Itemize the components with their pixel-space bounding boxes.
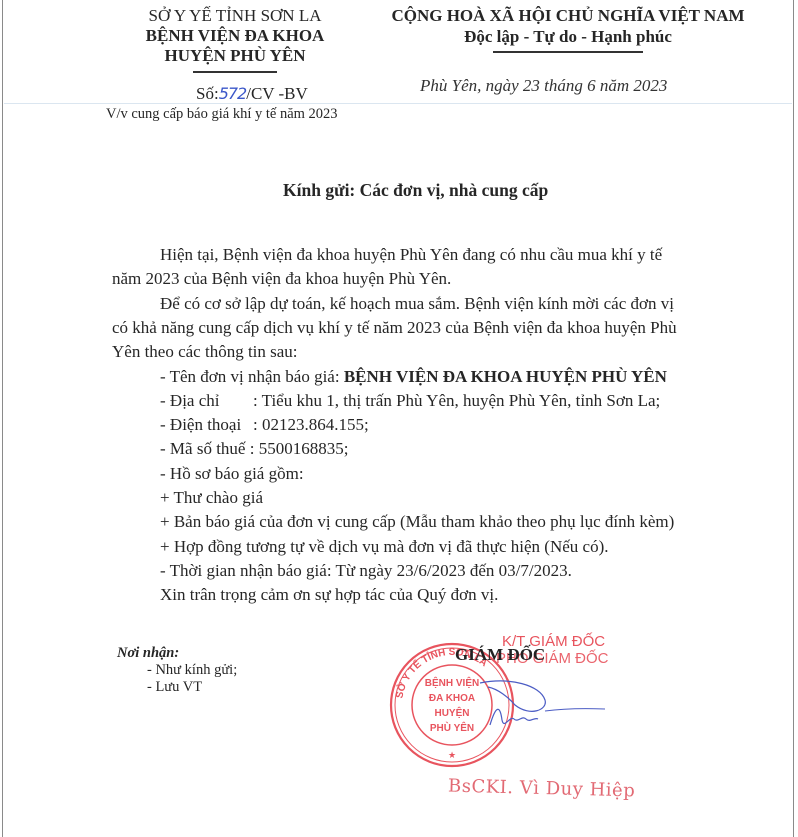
recipient-item: - Như kính gửi; [117,662,237,679]
address-value: : Tiểu khu 1, thị trấn Phù Yên, huyện Ph… [253,391,660,410]
para2-line3: Yên theo các thông tin sau: [112,340,298,364]
document-number-handwritten: 572 [219,84,247,103]
recipient-item: - Lưu VT [117,679,237,696]
agency-name-line2: HUYỆN PHÙ YÊN [110,46,360,66]
phone-label: - Điện thoại [160,413,253,437]
tax-label: - Mã số thuế [160,439,245,458]
header-rule-right [493,51,643,53]
handwritten-signature [460,675,610,735]
dossier-item: + Thư chào giá [160,486,263,510]
header-rule-left [193,71,277,73]
national-header: CỘNG HOÀ XÃ HỘI CHỦ NGHĨA VIỆT NAM Độc l… [368,6,768,53]
signature-title: GIÁM ĐỐC [455,645,545,665]
recipients-block: Nơi nhận: - Như kính gửi; - Lưu VT [117,645,237,696]
document-number: Số:572/CV -BV [196,84,308,104]
address-label: - Địa chỉ [160,389,253,413]
recipient-value: BỆNH VIỆN ĐA KHOA HUYỆN PHÙ YÊN [344,367,667,386]
place-date: Phù Yên, ngày 23 tháng 6 năm 2023 [420,76,667,96]
national-motto: Độc lập - Tự do - Hạnh phúc [368,26,768,47]
agency-name-line1: BỆNH VIỆN ĐA KHOA [110,26,360,46]
addressee: Kính gửi: Các đơn vị, nhà cung cấp [283,180,548,201]
address-row: - Địa chỉ: Tiểu khu 1, thị trấn Phù Yên,… [160,389,660,413]
document-subject: V/v cung cấp báo giá khí y tế năm 2023 [106,106,338,123]
agency-parent: SỞ Y YẾ TỈNH SƠN LA [110,6,360,26]
recipient-unit: - Tên đơn vị nhận báo giá: BỆNH VIỆN ĐA … [160,365,667,389]
dossier-item: + Bản báo giá của đơn vị cung cấp (Mẫu t… [160,510,674,534]
document-number-prefix: Số: [196,84,219,103]
issuing-agency-header: SỞ Y YẾ TỈNH SƠN LA BỆNH VIỆN ĐA KHOA HU… [110,6,360,73]
dossier-item: + Hợp đồng tương tự về dịch vụ mà đơn vị… [160,535,609,559]
svg-text:★: ★ [448,750,456,760]
scan-line [4,103,792,104]
national-title: CỘNG HOÀ XÃ HỘI CHỦ NGHĨA VIỆT NAM [368,6,768,26]
para2-line2: có khả năng cung cấp dịch vụ khí y tế nă… [112,316,677,340]
deadline: - Thời gian nhận báo giá: Từ ngày 23/6/2… [160,559,572,583]
recipients-title: Nơi nhận: [117,645,237,662]
tax-value: : 5500168835; [250,439,349,458]
para1-line2: năm 2023 của Bệnh viện đa khoa huyện Phù… [112,267,451,291]
phone-value: : 02123.864.155; [253,415,369,434]
document-number-suffix: /CV -BV [246,84,308,103]
dossier-label: - Hồ sơ báo giá gồm: [160,462,304,486]
para1-line1: Hiện tại, Bệnh viện đa khoa huyện Phù Yê… [160,243,662,267]
recipient-label: - Tên đơn vị nhận báo giá: [160,367,344,386]
para2-line1: Để có cơ sở lập dự toán, kế hoạch mua sắ… [160,292,674,316]
phone-row: - Điện thoại: 02123.864.155; [160,413,369,437]
thanks: Xin trân trọng cảm ơn sự hợp tác của Quý… [160,583,498,607]
tax-row: - Mã số thuế : 5500168835; [160,437,348,461]
